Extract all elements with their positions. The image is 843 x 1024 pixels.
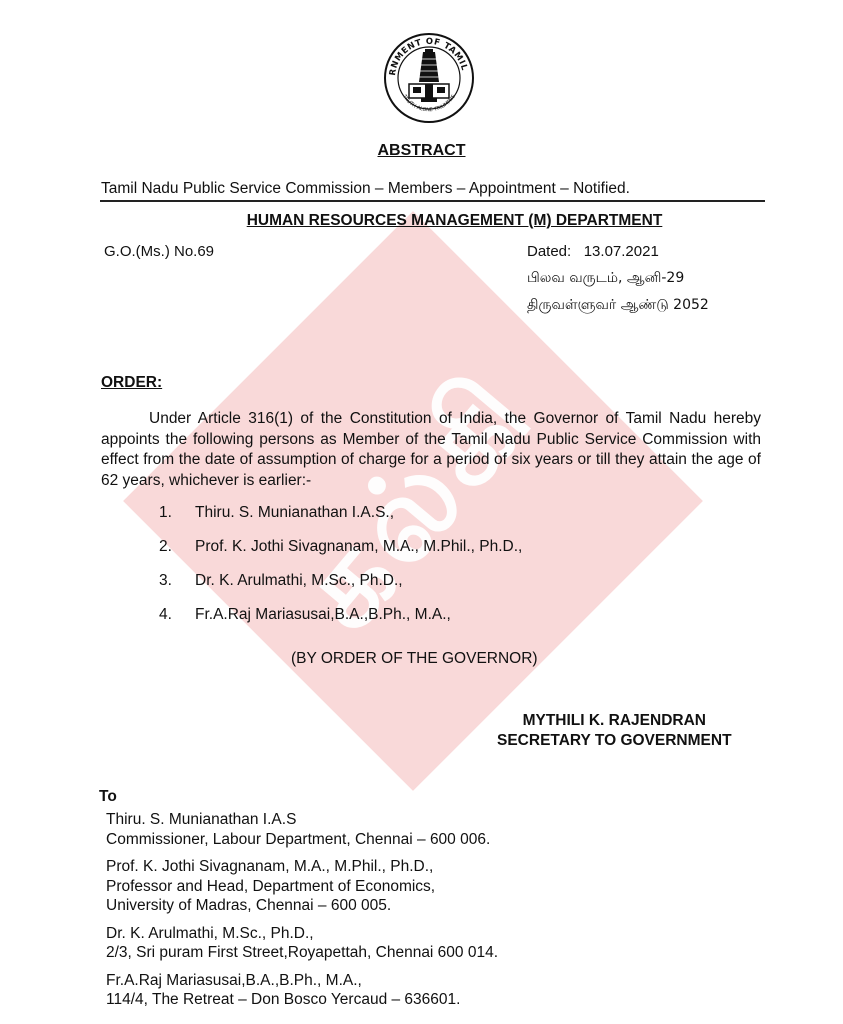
member-name: Prof. K. Jothi Sivagnanam, M.A., M.Phil.… bbox=[195, 538, 522, 572]
tamil-calendar-date: பிலவ வருடம், ஆனி-29 bbox=[527, 270, 709, 297]
abstract-title: ABSTRACT bbox=[0, 142, 843, 160]
subject-divider bbox=[100, 200, 765, 202]
appointed-members-list: 1.Thiru. S. Munianathan I.A.S., 2.Prof. … bbox=[159, 504, 522, 640]
recipient: Dr. K. Arulmathi, M.Sc., Ph.D., 2/3, Sri… bbox=[106, 924, 498, 963]
government-order-document: GOVERNMENT OF TAMIL NADU TRUTH ALONE TRI… bbox=[0, 0, 843, 1024]
member-name: Dr. K. Arulmathi, M.Sc., Ph.D., bbox=[195, 572, 403, 606]
recipient: Thiru. S. Munianathan I.A.S Commissioner… bbox=[106, 810, 498, 849]
recipients-list: Thiru. S. Munianathan I.A.S Commissioner… bbox=[106, 810, 498, 1018]
order-paragraph: Under Article 316(1) of the Constitution… bbox=[101, 409, 761, 491]
order-label: ORDER: bbox=[101, 374, 162, 392]
signatory-name: MYTHILI K. RAJENDRAN bbox=[497, 711, 732, 731]
date-block: Dated: 13.07.2021 பிலவ வருடம், ஆனி-29 தி… bbox=[527, 243, 709, 324]
member-name: Thiru. S. Munianathan I.A.S., bbox=[195, 504, 394, 538]
to-label: To bbox=[99, 788, 117, 806]
thiruvalluvar-year: திருவள்ளுவர் ஆண்டு 2052 bbox=[527, 297, 709, 324]
dated-label: Dated: bbox=[527, 243, 571, 260]
dated-line: Dated: 13.07.2021 bbox=[527, 243, 709, 270]
recipient: Prof. K. Jothi Sivagnanam, M.A., M.Phil.… bbox=[106, 857, 498, 916]
signatory-designation: SECRETARY TO GOVERNMENT bbox=[497, 731, 732, 751]
recipient: Fr.A.Raj Mariasusai,B.A.,B.Ph., M.A., 11… bbox=[106, 971, 498, 1010]
member-name: Fr.A.Raj Mariasusai,B.A.,B.Ph., M.A., bbox=[195, 606, 451, 640]
department-title: HUMAN RESOURCES MANAGEMENT (M) DEPARTMEN… bbox=[0, 212, 843, 230]
list-item: 2.Prof. K. Jothi Sivagnanam, M.A., M.Phi… bbox=[159, 538, 522, 572]
go-number: G.O.(Ms.) No.69 bbox=[104, 243, 214, 260]
list-item: 4.Fr.A.Raj Mariasusai,B.A.,B.Ph., M.A., bbox=[159, 606, 522, 640]
signature-block: MYTHILI K. RAJENDRAN SECRETARY TO GOVERN… bbox=[497, 711, 732, 751]
list-item: 3.Dr. K. Arulmathi, M.Sc., Ph.D., bbox=[159, 572, 522, 606]
tamil-nadu-government-emblem-icon: GOVERNMENT OF TAMIL NADU TRUTH ALONE TRI… bbox=[383, 32, 475, 124]
list-item: 1.Thiru. S. Munianathan I.A.S., bbox=[159, 504, 522, 538]
subject-line: Tamil Nadu Public Service Commission – M… bbox=[101, 180, 630, 198]
by-order-of-governor: (BY ORDER OF THE GOVERNOR) bbox=[291, 650, 538, 668]
dated-value: 13.07.2021 bbox=[584, 243, 659, 260]
